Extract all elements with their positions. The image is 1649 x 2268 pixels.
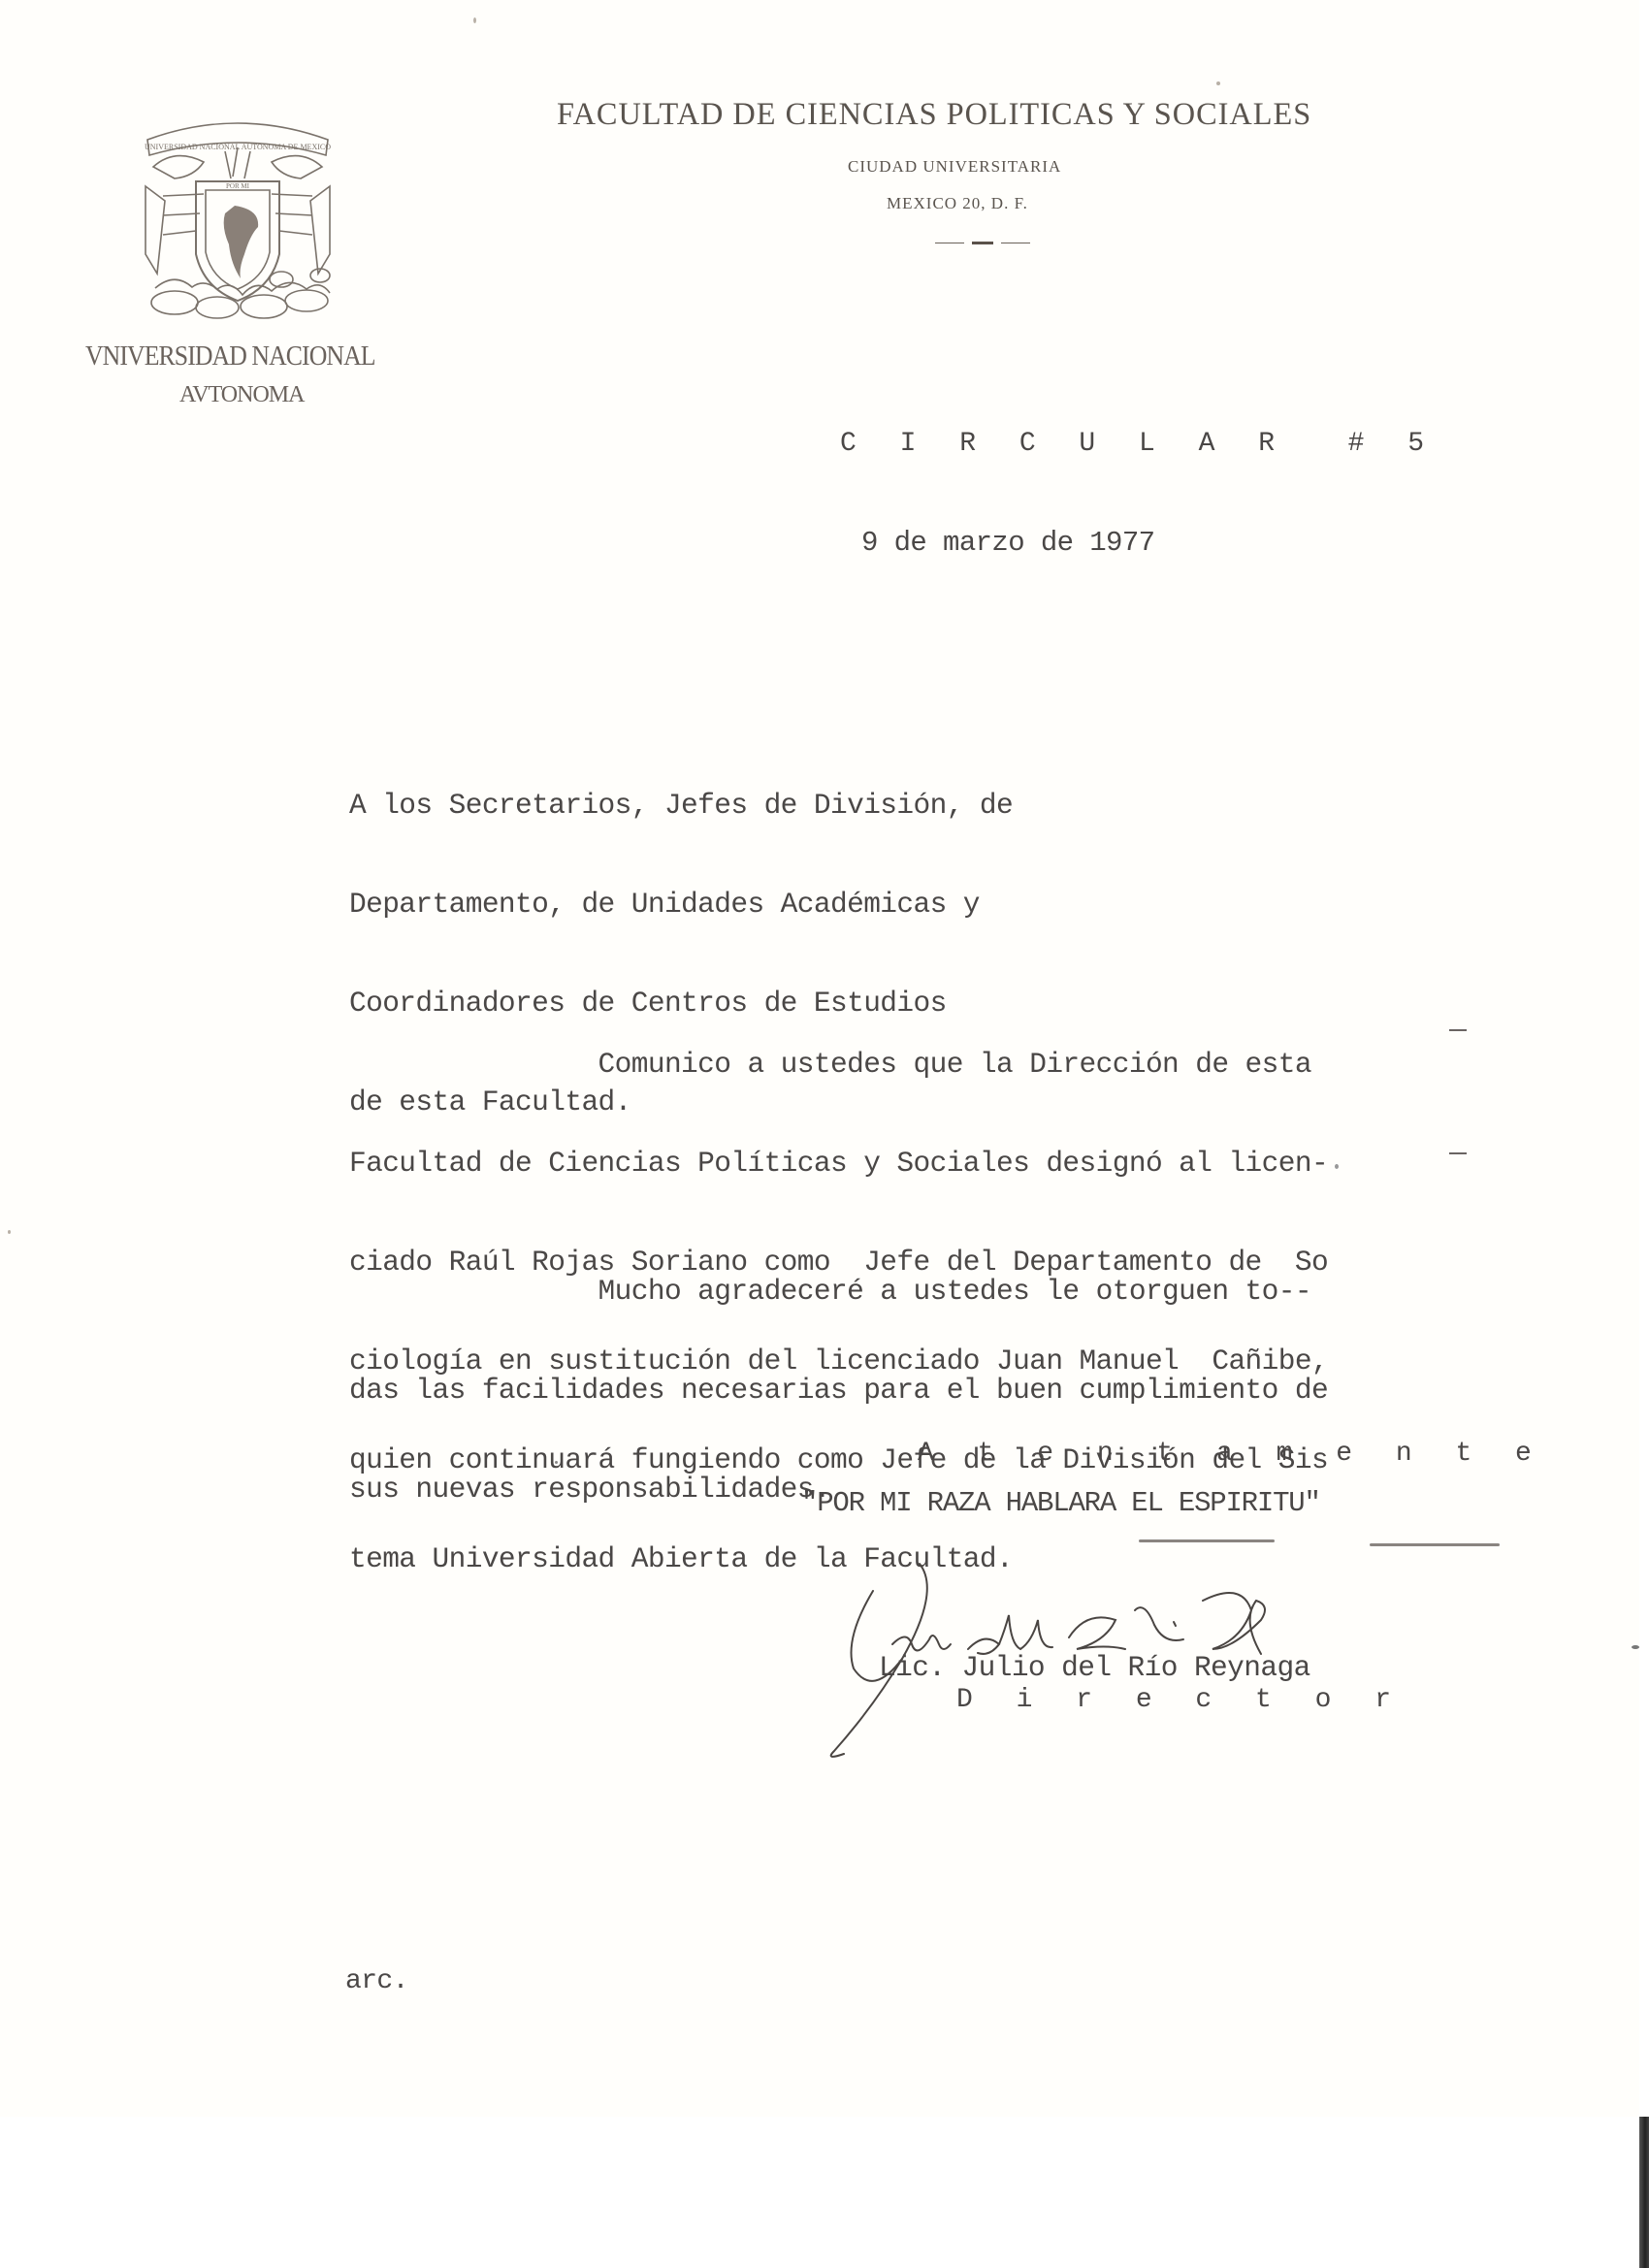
signature-rule (1139, 1539, 1275, 1542)
svg-text:POR MI: POR MI (226, 182, 250, 190)
scan-speck (1216, 81, 1220, 85)
signature-rule (1370, 1543, 1500, 1546)
recipients-line: Departamento, de Unidades Académicas y (349, 888, 1013, 921)
body-line: Facultad de Ciencias Políticas y Sociale… (349, 1147, 1328, 1180)
signer-title: D i r e c t o r (956, 1684, 1405, 1717)
university-name-line2: AVTONOMA (179, 382, 304, 408)
circular-heading: C I R C U L A R # 5 (840, 428, 1438, 461)
scan-edge-shadow (1639, 2117, 1649, 2268)
letterhead-divider (935, 243, 1032, 245)
recipients-line: A los Secretarios, Jefes de División, de (349, 789, 1013, 822)
city-address: MEXICO 20, D. F. (887, 194, 1028, 213)
campus-name: CIUDAD UNIVERSITARIA (848, 157, 1061, 177)
reference-initials: arc. (345, 1965, 408, 1998)
hyphen-mark (1449, 1029, 1467, 1031)
body-line: Mucho agradeceré a ustedes le otorguen t… (349, 1275, 1328, 1308)
body-line: das las facilidades necesarias para el b… (349, 1374, 1328, 1407)
signer-name: Lic. Julio del Río Reynaga (879, 1651, 1310, 1684)
hyphen-mark (1449, 1152, 1467, 1154)
scan-speck (473, 17, 476, 23)
scan-speck (1632, 1645, 1639, 1649)
university-name-line1: VNIVERSIDAD NACIONAL (85, 341, 375, 373)
letter-date: 9 de marzo de 1977 (861, 527, 1154, 560)
scan-speck (8, 1230, 11, 1234)
closing-salutation: A t e n t a m e n t e (918, 1438, 1545, 1471)
unam-seal-icon: UNIVERSIDAD NACIONAL AUTONOMA DE MEXICO … (136, 109, 339, 327)
scan-speck (555, 1461, 558, 1464)
university-motto: "POR MI RAZA HABLARA EL ESPIRITU" (801, 1487, 1320, 1520)
svg-text:UNIVERSIDAD NACIONAL AUTONOMA: UNIVERSIDAD NACIONAL AUTONOMA DE MEXICO (145, 143, 331, 151)
faculty-name: FACULTAD DE CIENCIAS POLITICAS Y SOCIALE… (557, 97, 1311, 133)
letter-page: UNIVERSIDAD NACIONAL AUTONOMA DE MEXICO … (0, 0, 1639, 2117)
body-line: Comunico a ustedes que la Dirección de e… (349, 1048, 1328, 1081)
scan-speck (1335, 1164, 1339, 1169)
